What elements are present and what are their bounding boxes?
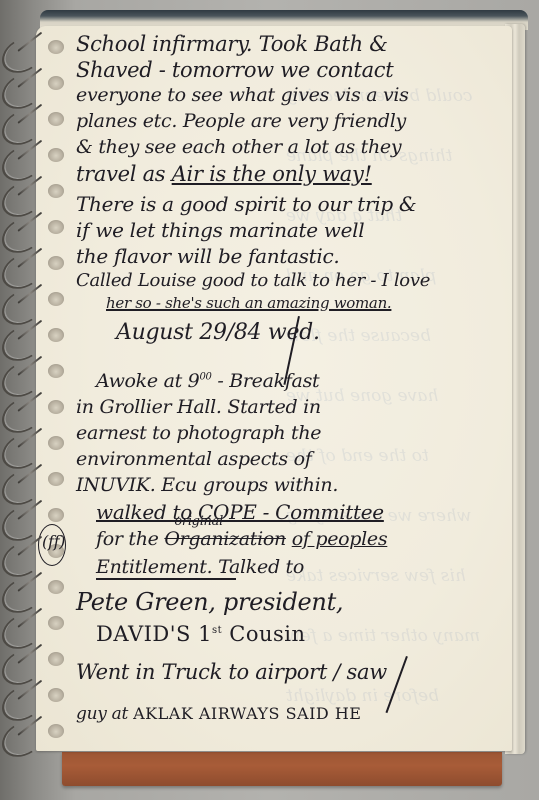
- inserted-word: original: [174, 514, 223, 529]
- binding-hole: [48, 76, 64, 90]
- text-segment: - Breakfast: [212, 370, 320, 392]
- binding-hole: [48, 148, 64, 162]
- binding-hole: [48, 184, 64, 198]
- binding-hole: [48, 688, 64, 702]
- text-line: Went in Truck to airport / saw: [76, 660, 387, 684]
- text-line: There is a good spirit to our trip &: [76, 192, 416, 216]
- text-segment: for the: [96, 528, 159, 550]
- date-heading: August 29/84 wed.: [116, 320, 320, 345]
- text-line: & they see each other a lot as they: [76, 136, 401, 158]
- binding-hole: [48, 220, 64, 234]
- binding-hole: [48, 616, 64, 630]
- text-line: guy at AKLAK AIRWAYS SAID HE: [76, 704, 361, 724]
- binding-hole: [48, 292, 64, 306]
- text-line: her so - she's such an amazing woman.: [106, 294, 391, 312]
- binding-hole: [48, 508, 64, 522]
- binding-hole: [48, 40, 64, 54]
- text-line: travel as Air is the only way!: [76, 162, 372, 186]
- text-line: Entitlement. Talked to: [96, 556, 304, 578]
- binding-hole: [48, 436, 64, 450]
- text-line: Shaved - tomorrow we contact: [76, 58, 393, 82]
- pen-stroke: [385, 656, 407, 713]
- text-line: INUVIK. Ecu groups within.: [76, 474, 338, 496]
- text-segment: guy at: [76, 704, 128, 724]
- text-line: if we let things marinate well: [76, 218, 364, 242]
- text-line: School infirmary. Took Bath &: [76, 32, 388, 56]
- journal-page: could be seen leaving things on the plan…: [36, 26, 512, 751]
- text-segment: travel as: [76, 162, 165, 186]
- binding-hole: [48, 256, 64, 270]
- text-segment: DAVID'S 1: [96, 622, 212, 646]
- binding-hole: [48, 364, 64, 378]
- coil-ring: [0, 720, 49, 757]
- text-segment: Cousin: [222, 622, 305, 646]
- correction: original Organization: [164, 528, 291, 550]
- text-line: planes etc. People are very friendly: [76, 110, 406, 132]
- notebook-back-cover: [62, 752, 502, 786]
- text-line: Pete Green, president,: [76, 588, 343, 616]
- underline-stroke: [96, 578, 236, 580]
- binding-hole: [48, 400, 64, 414]
- binding-hole: [48, 652, 64, 666]
- binding-hole: [48, 112, 64, 126]
- text-line: in Grollier Hall. Started in: [76, 396, 321, 418]
- text-line: the flavor will be fantastic.: [76, 244, 339, 268]
- binding-hole: [48, 328, 64, 342]
- text-line: walked to COPE - Committee: [96, 500, 384, 524]
- text-segment: Awoke at 9: [96, 370, 199, 392]
- superscript: st: [212, 625, 222, 636]
- text-line: earnest to photograph the: [76, 422, 321, 444]
- underlined-phrase: Air is the only way!: [172, 162, 372, 186]
- text-line: for the original Organization of peoples: [96, 528, 387, 550]
- text-segment: of peoples: [292, 528, 388, 550]
- caps-phrase: AKLAK AIRWAYS SAID HE: [133, 704, 361, 723]
- text-line: DAVID'S 1st Cousin: [96, 622, 306, 646]
- margin-note: (ff): [42, 532, 65, 551]
- text-line: environmental aspects of: [76, 448, 311, 470]
- text-line: Called Louise good to talk to her - I lo…: [76, 270, 430, 291]
- binding-hole: [48, 472, 64, 486]
- text-line: everyone to see what gives vis a vis: [76, 84, 409, 106]
- superscript: 00: [199, 372, 211, 383]
- binding-hole: [48, 580, 64, 594]
- binding-hole: [48, 724, 64, 738]
- struck-word: Organization: [164, 528, 286, 550]
